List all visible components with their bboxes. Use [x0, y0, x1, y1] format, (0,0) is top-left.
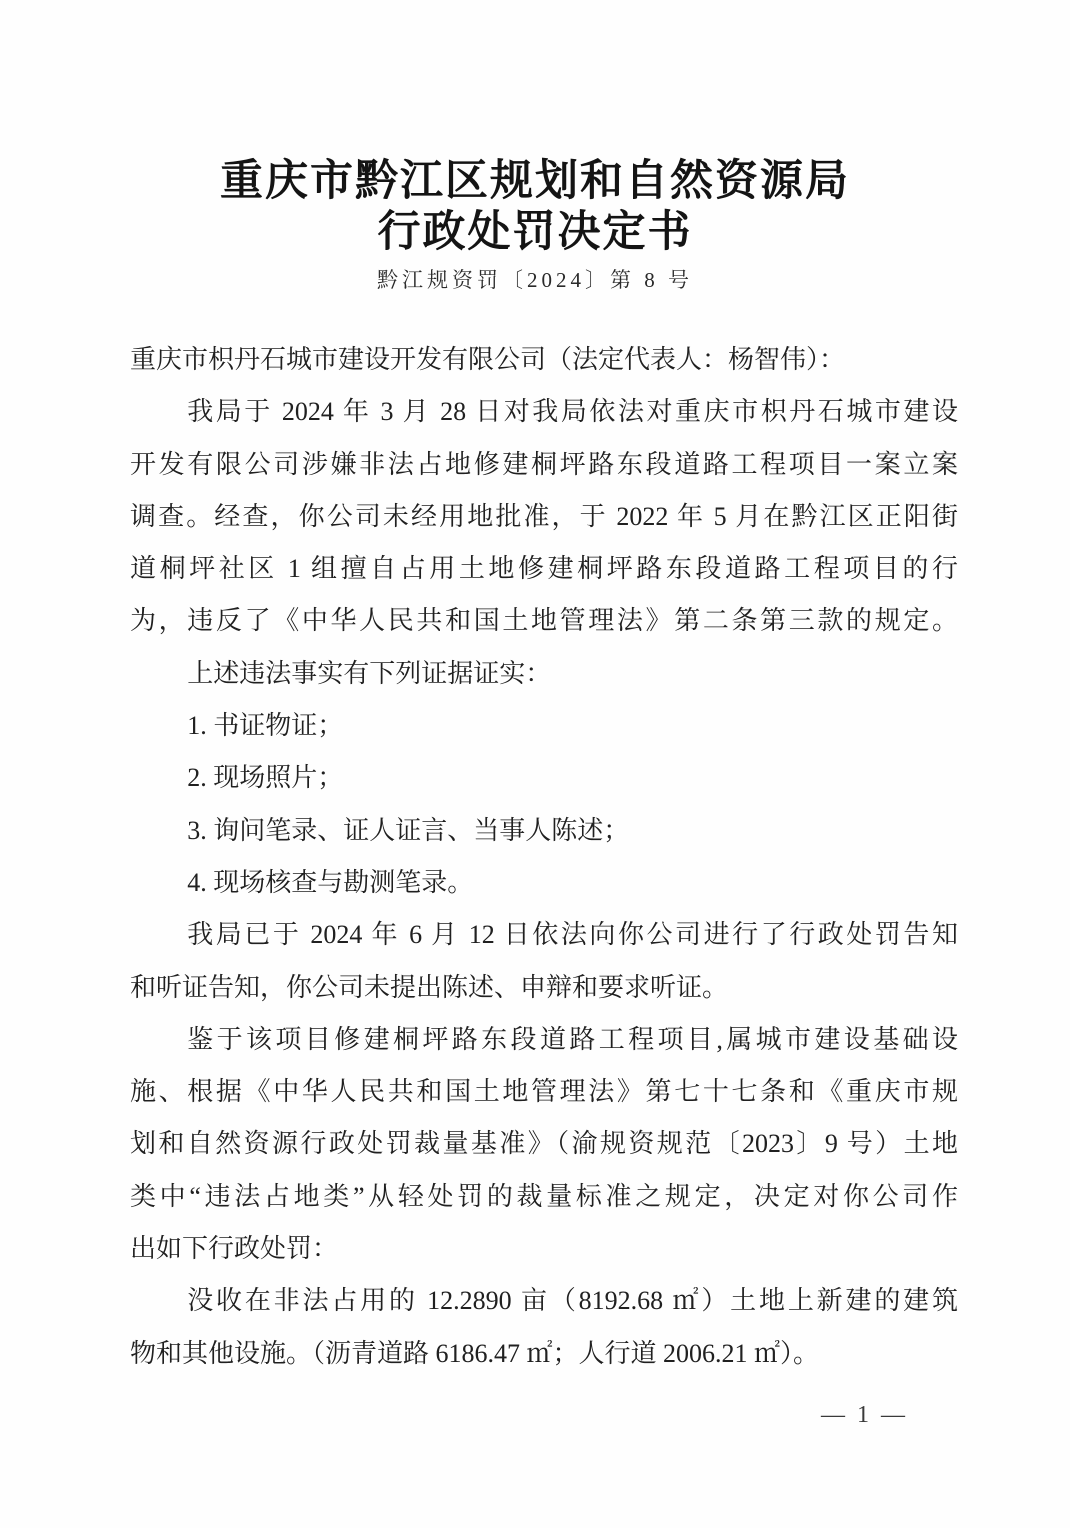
body-line: 2. 现场照片；	[130, 752, 958, 804]
document-title-line1: 重庆市黔江区规划和自然资源局	[0, 156, 1070, 207]
body-line: 4. 现场核查与勘测笔录。	[130, 857, 958, 909]
body-line: 调查。经查，你公司未经用地批准，于 2022 年 5 月在黔江区正阳街	[130, 491, 958, 543]
page-number: — 1 —	[821, 1402, 908, 1429]
body-line: 类中“违法占地类”从轻处罚的裁量标准之规定，决定对你公司作	[130, 1171, 958, 1223]
body-line: 上述违法事实有下列证据证实：	[130, 648, 958, 700]
body-line: 没收在非法占用的 12.2890 亩（8192.68 ㎡）土地上新建的建筑	[130, 1275, 958, 1327]
body-line: 重庆市枳丹石城市建设开发有限公司（法定代表人：杨智伟）：	[130, 334, 958, 386]
document-title: 重庆市黔江区规划和自然资源局 行政处罚决定书	[0, 156, 1070, 258]
document-body: 重庆市枳丹石城市建设开发有限公司（法定代表人：杨智伟）：我局于 2024 年 3…	[130, 334, 958, 1380]
body-line: 出如下行政处罚：	[130, 1223, 958, 1275]
body-line: 道桐坪社区 1 组擅自占用土地修建桐坪路东段道路工程项目的行	[130, 543, 958, 595]
body-line: 物和其他设施。（沥青道路 6186.47 ㎡；人行道 2006.21 ㎡）。	[130, 1328, 958, 1380]
body-line: 我局于 2024 年 3 月 28 日对我局依法对重庆市枳丹石城市建设	[130, 386, 958, 438]
document-title-line2: 行政处罚决定书	[0, 207, 1070, 258]
body-line: 1. 书证物证；	[130, 700, 958, 752]
body-line: 3. 询问笔录、证人证言、当事人陈述；	[130, 805, 958, 857]
body-line: 施、根据《中华人民共和国土地管理法》第七十七条和《重庆市规	[130, 1066, 958, 1118]
body-line: 和听证告知，你公司未提出陈述、申辩和要求听证。	[130, 962, 958, 1014]
body-line: 我局已于 2024 年 6 月 12 日依法向你公司进行了行政处罚告知	[130, 909, 958, 961]
body-line: 划和自然资源行政处罚裁量基准》（渝规资规范〔2023〕9 号）土地	[130, 1118, 958, 1170]
document-number: 黔江规资罚〔2024〕第 8 号	[0, 264, 1070, 294]
body-line: 为，违反了《中华人民共和国土地管理法》第二条第三款的规定。	[130, 595, 958, 647]
body-line: 鉴于该项目修建桐坪路东段道路工程项目,属城市建设基础设	[130, 1014, 958, 1066]
body-line: 开发有限公司涉嫌非法占地修建桐坪路东段道路工程项目一案立案	[130, 439, 958, 491]
document-page: 重庆市黔江区规划和自然资源局 行政处罚决定书 黔江规资罚〔2024〕第 8 号 …	[0, 0, 1070, 1528]
